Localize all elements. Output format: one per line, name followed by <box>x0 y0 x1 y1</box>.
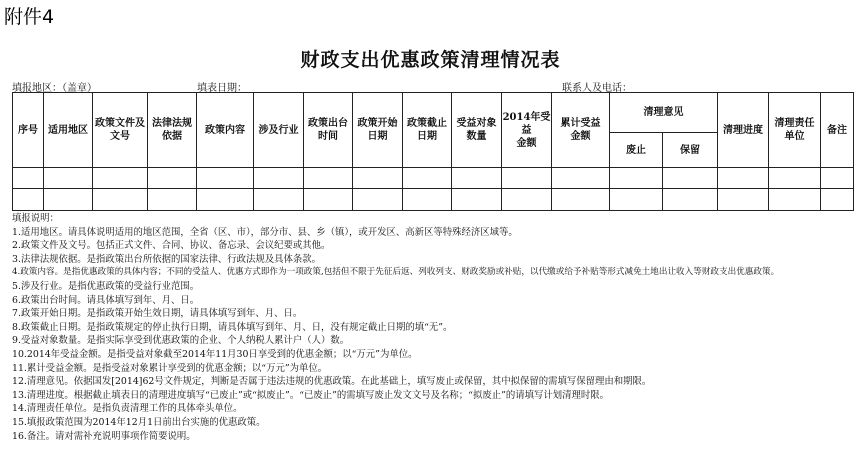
header-legal-basis: 法律法规依据 <box>148 93 197 168</box>
table-cell[interactable] <box>452 168 502 189</box>
table-cell[interactable] <box>93 168 148 189</box>
note-item: 15.填报政策范围为2014年12月1日前出台实施的优惠政策。 <box>12 416 779 430</box>
header-start-date: 政策开始日期 <box>353 93 403 168</box>
note-item: 14.清理责任单位。是指负责清理工作的具体牵头单位。 <box>12 402 779 416</box>
header-issue-date: 政策出台时间 <box>304 93 353 168</box>
header-cleanup-progress: 清理进度 <box>718 93 769 168</box>
notes-heading: 填报说明： <box>12 212 779 226</box>
table-cell[interactable] <box>610 168 663 189</box>
note-item: 2.政策文件及文号。包括正式文件、合同、协议、备忘录、会议纪要或其他。 <box>12 239 779 253</box>
note-item: 7.政策开始日期。是指政策开始生效日期，请具体填写到年、月、日。 <box>12 307 779 321</box>
table-cell[interactable] <box>304 189 353 211</box>
policy-cleanup-table: 序号 适用地区 政策文件及文号 法律法规依据 政策内容 涉及行业 政策出台时间 … <box>12 92 854 211</box>
filling-instructions: 填报说明： 1.适用地区。请具体说明适用的地区范围，全省（区、市），部分市、县、… <box>12 212 779 443</box>
header-line: 金额 <box>517 138 537 149</box>
header-2014-amount: 2014年受益金额 <box>502 93 552 168</box>
table-cell[interactable] <box>93 189 148 211</box>
table-cell[interactable] <box>821 189 854 211</box>
header-line: 政策截止 <box>407 118 447 129</box>
table-cell[interactable] <box>148 189 197 211</box>
header-responsible-unit: 清理责任单位 <box>769 93 821 168</box>
table-cell[interactable] <box>254 168 304 189</box>
header-line: 数量 <box>467 131 487 142</box>
table-cell[interactable] <box>403 189 452 211</box>
header-retain: 保留 <box>663 133 718 168</box>
note-item: 3.法律法规依据。是指政策出台所依据的国家法律、行政法规及具体条款。 <box>12 253 779 267</box>
table-cell[interactable] <box>44 189 93 211</box>
table-cell[interactable] <box>610 189 663 211</box>
note-item: 12.清理意见。依据国发[2014]62号文件规定，判断是否属于违法违规的优惠政… <box>12 375 779 389</box>
table-row <box>13 168 854 189</box>
table-cell[interactable] <box>353 189 403 211</box>
note-item: 9.受益对象数量。是指实际享受到优惠政策的企业、个人纳税人累计户（人）数。 <box>12 334 779 348</box>
table-cell[interactable] <box>552 168 610 189</box>
table-cell[interactable] <box>197 168 254 189</box>
table-cell[interactable] <box>502 189 552 211</box>
header-line: 时间 <box>318 131 338 142</box>
header-line: 政策开始 <box>358 118 398 129</box>
table-cell[interactable] <box>663 189 718 211</box>
header-line: 金额 <box>571 131 591 142</box>
note-item: 1.适用地区。请具体说明适用的地区范围，全省（区、市），部分市、县、乡（镇），或… <box>12 226 779 240</box>
table-cell[interactable] <box>353 168 403 189</box>
header-line: 单位 <box>785 131 805 142</box>
header-line: 政策出台 <box>308 118 348 129</box>
header-applicable-region: 适用地区 <box>44 93 93 168</box>
table-cell[interactable] <box>769 168 821 189</box>
table-cell[interactable] <box>821 168 854 189</box>
header-remarks: 备注 <box>821 93 854 168</box>
table-cell[interactable] <box>718 168 769 189</box>
header-abolish: 废止 <box>610 133 663 168</box>
table-cell[interactable] <box>254 189 304 211</box>
header-policy-document: 政策文件及文号 <box>93 93 148 168</box>
header-line: 清理责任 <box>775 118 815 129</box>
table-cell[interactable] <box>502 168 552 189</box>
header-serial-no: 序号 <box>13 93 44 168</box>
header-line: 法律法规 <box>152 118 192 129</box>
note-item: 6.政策出台时间。请具体填写到年、月、日。 <box>12 294 779 308</box>
header-industry: 涉及行业 <box>254 93 304 168</box>
table-cell[interactable] <box>148 168 197 189</box>
table-cell[interactable] <box>552 189 610 211</box>
note-item: 8.政策截止日期。是指政策规定的停止执行日期，请具体填写到年、月、日，没有规定截… <box>12 321 779 335</box>
table-cell[interactable] <box>663 168 718 189</box>
table-cell[interactable] <box>718 189 769 211</box>
header-line: 累计受益 <box>561 118 601 129</box>
header-cumulative-amount: 累计受益金额 <box>552 93 610 168</box>
header-line: 日期 <box>368 131 388 142</box>
header-line: 2014年受益 <box>503 112 551 136</box>
header-beneficiary-count: 受益对象数量 <box>452 93 502 168</box>
note-item: 13.清理进度。根据截止填表日的清理进度填写“已废止”或“拟废止”。“已废止”的… <box>12 389 779 403</box>
table-row <box>13 189 854 211</box>
table-cell[interactable] <box>197 189 254 211</box>
header-line: 受益对象 <box>457 118 497 129</box>
header-cleanup-opinion: 清理意见 <box>610 93 718 133</box>
table-cell[interactable] <box>44 168 93 189</box>
header-end-date: 政策截止日期 <box>403 93 452 168</box>
note-item: 4.政策内容。是指优惠政策的具体内容；不同的受益人、优惠方式即作为一项政策,包括… <box>12 266 779 280</box>
table-cell[interactable] <box>769 189 821 211</box>
note-item: 10.2014年受益金额。是指受益对象截至2014年11月30日享受到的优惠金额… <box>12 348 779 362</box>
table-cell[interactable] <box>13 189 44 211</box>
table-cell[interactable] <box>403 168 452 189</box>
attachment-label: 附件4 <box>4 2 54 29</box>
table-cell[interactable] <box>304 168 353 189</box>
note-item: 11.累计受益金额。是指受益对象累计享受到的优惠金额；以“万元”为单位。 <box>12 362 779 376</box>
note-item: 5.涉及行业。是指优惠政策的受益行业范围。 <box>12 280 779 294</box>
header-line: 依据 <box>162 131 182 142</box>
header-line: 政策文件及 <box>95 118 145 129</box>
table-cell[interactable] <box>452 189 502 211</box>
header-line: 文号 <box>110 131 130 142</box>
header-policy-content: 政策内容 <box>197 93 254 168</box>
page-title: 财政支出优惠政策清理情况表 <box>0 45 861 72</box>
note-item: 16.备注。请对需补充说明事项作简要说明。 <box>12 430 779 444</box>
header-line: 日期 <box>417 131 437 142</box>
table-cell[interactable] <box>13 168 44 189</box>
